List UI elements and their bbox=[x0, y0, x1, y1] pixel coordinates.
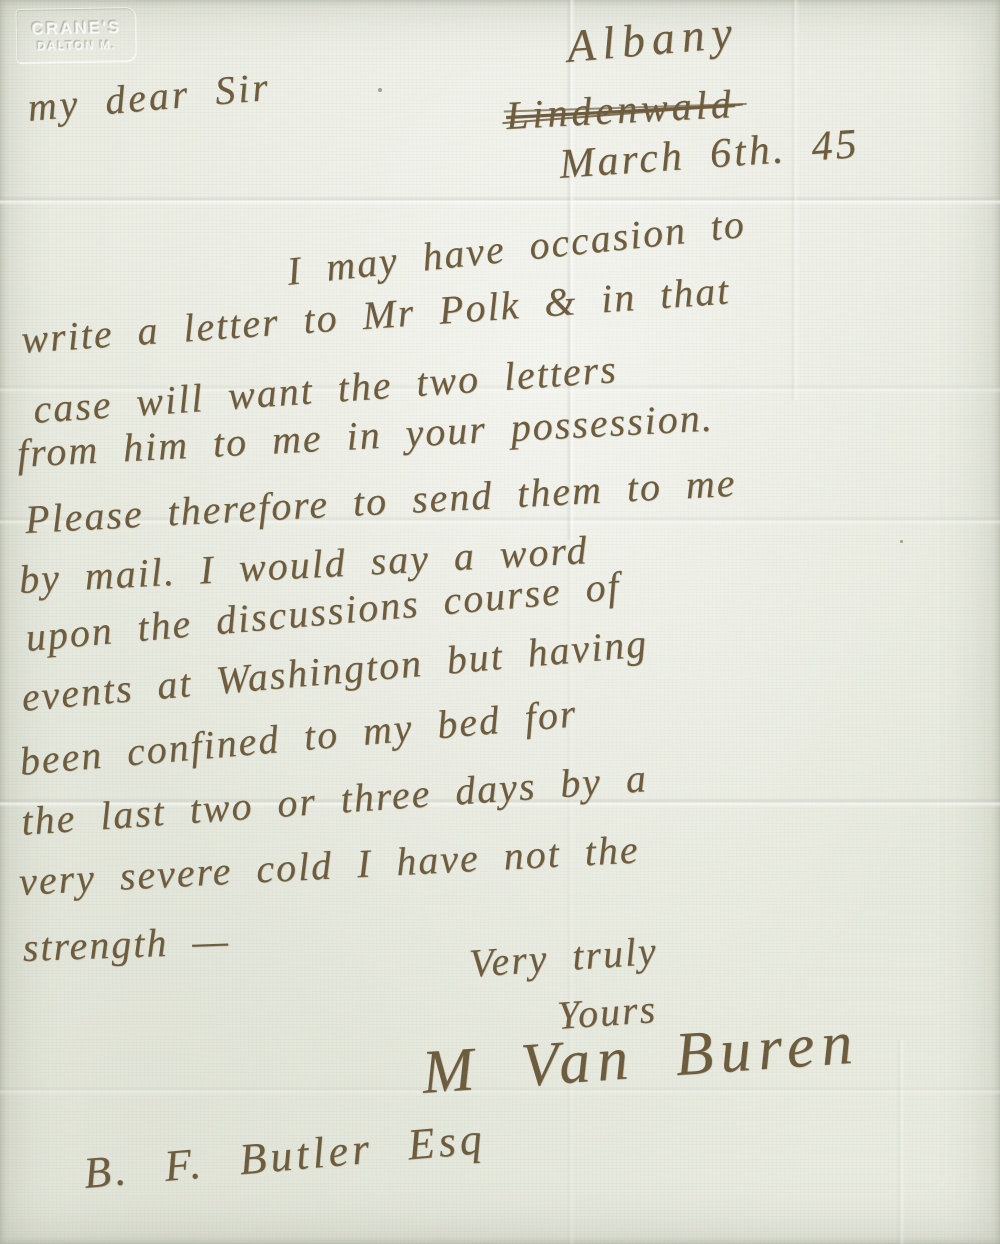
fold-crease-vertical bbox=[790, 0, 799, 400]
fold-crease-horizontal bbox=[0, 196, 1000, 205]
letter-line: Please therefore to send them to me bbox=[24, 463, 737, 540]
letter-scan-page: CRANE'S DALTON M. Albany Lindenwald Marc… bbox=[0, 0, 1000, 1244]
closing-line: Very truly bbox=[468, 931, 659, 984]
heading-struck-word: Lindenwald bbox=[505, 84, 736, 136]
heading-place: Albany bbox=[565, 9, 741, 70]
letter-line: strength — bbox=[22, 921, 230, 968]
salutation: my dear Sir bbox=[26, 67, 272, 128]
signature-m-van-buren: M Van Buren bbox=[420, 1011, 861, 1103]
embossed-papermaker-stamp: CRANE'S DALTON M. bbox=[16, 7, 137, 63]
ink-speck bbox=[900, 540, 903, 543]
stamp-maker-name: CRANE'S bbox=[31, 16, 121, 39]
ink-speck bbox=[378, 88, 382, 92]
stamp-maker-location: DALTON M. bbox=[37, 37, 116, 53]
letter-line: very severe cold I have not the bbox=[18, 829, 640, 901]
fold-crease-vertical bbox=[566, 0, 575, 540]
fold-crease-vertical bbox=[896, 1040, 905, 1244]
addressee: B. F. Butler Esq bbox=[82, 1117, 487, 1196]
